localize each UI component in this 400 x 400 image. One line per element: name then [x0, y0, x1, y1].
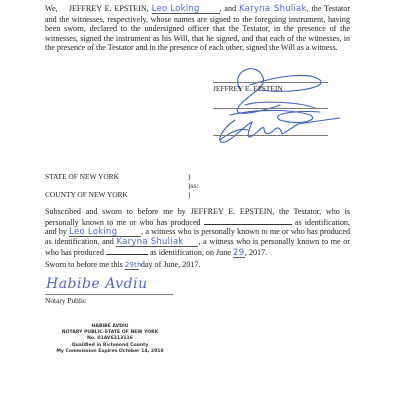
signature-line-1	[213, 82, 328, 83]
id-blank-2	[106, 247, 148, 255]
id-blank-1	[204, 217, 292, 225]
stamp-line-5: My Commission Expires October 14, 2018	[30, 349, 190, 355]
testator-label: JEFFREY E. EPSTEIN	[213, 84, 283, 93]
notary-signature: Habibe Avdiu	[46, 276, 148, 292]
notary-signature-line	[45, 294, 173, 295]
ss-label: )ss:	[188, 181, 198, 190]
signature-line-2	[213, 108, 328, 109]
signature-line-3	[213, 135, 328, 136]
witness1-handwritten: Leo Loking	[152, 5, 220, 14]
jurat-witness2-handwritten: Karyna Shuliak	[116, 238, 198, 247]
sworn-suffix: day of June, 2017.	[141, 260, 201, 269]
sworn-prefix: Sworn to before me this	[45, 260, 123, 269]
jurat-paragraph: Subscribed and sworn to before me by JEF…	[45, 207, 350, 258]
jurat-day-handwritten: 29	[233, 249, 245, 258]
witness2-handwritten: Karyna Shuliak	[239, 4, 307, 14]
jurat-witness1-handwritten: Leo Loking	[69, 228, 141, 237]
and-text: , and	[220, 4, 237, 13]
attestation-paragraph: We, JEFFREY E. EPSTEIN, Leo Loking, and …	[45, 4, 350, 53]
testator-signature-icon	[200, 60, 350, 160]
jurat-text-5: as identification, on June	[150, 248, 231, 257]
paren-bottom: )	[188, 190, 190, 199]
jurat-text-6: , 2017.	[245, 248, 267, 257]
sworn-line: Sworn to before me this 29th day of June…	[45, 260, 350, 270]
notary-stamp: HABIBE AVDIU NOTARY PUBLIC-STATE OF NEW …	[30, 324, 190, 355]
testator-name: JEFFREY E. EPSTEIN,	[69, 4, 149, 13]
state-label: STATE OF NEW YORK	[45, 172, 119, 181]
we-label: We,	[45, 4, 58, 13]
notary-label: Notary Public	[45, 296, 86, 305]
county-label: COUNTY OF NEW YORK	[45, 190, 128, 199]
sworn-day-handwritten: 29th	[125, 261, 139, 270]
paren-top: )	[188, 172, 190, 181]
